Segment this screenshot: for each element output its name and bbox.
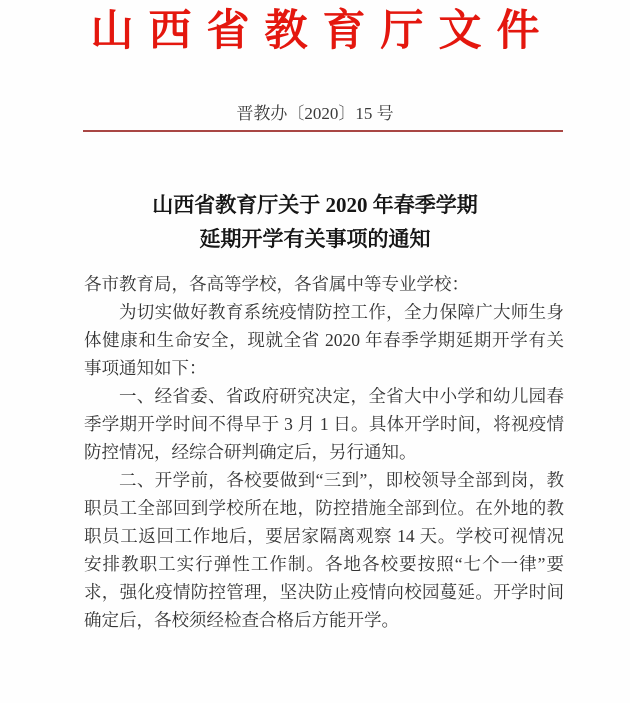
document-title: 山西省教育厅关于 2020 年春季学期 延期开学有关事项的通知: [0, 188, 630, 256]
paragraph-item-1: 一、经省委、省政府研究决定，全省大中小学和幼儿园春季学期开学时间不得早于 3 月…: [84, 382, 564, 466]
document-body: 各市教育局，各高等学校，各省属中等专业学校： 为切实做好教育系统疫情防控工作，全…: [84, 270, 564, 634]
paragraph-item-2: 二、开学前，各校要做到“三到”，即校领导全部到岗，教职员工全部回到学校所在地，防…: [84, 466, 564, 634]
document-title-line1: 山西省教育厅关于 2020 年春季学期: [0, 188, 630, 222]
document-number: 晋教办〔2020〕15 号: [0, 104, 630, 124]
red-divider-line: [83, 130, 563, 132]
document-page: 山西省教育厅文件 晋教办〔2020〕15 号 山西省教育厅关于 2020 年春季…: [0, 0, 630, 703]
document-header-title: 山西省教育厅文件: [0, 0, 630, 58]
salutation-line: 各市教育局，各高等学校，各省属中等专业学校：: [84, 270, 564, 298]
document-title-line2: 延期开学有关事项的通知: [0, 222, 630, 256]
paragraph-intro: 为切实做好教育系统疫情防控工作，全力保障广大师生身体健康和生命安全，现就全省 2…: [84, 298, 564, 382]
